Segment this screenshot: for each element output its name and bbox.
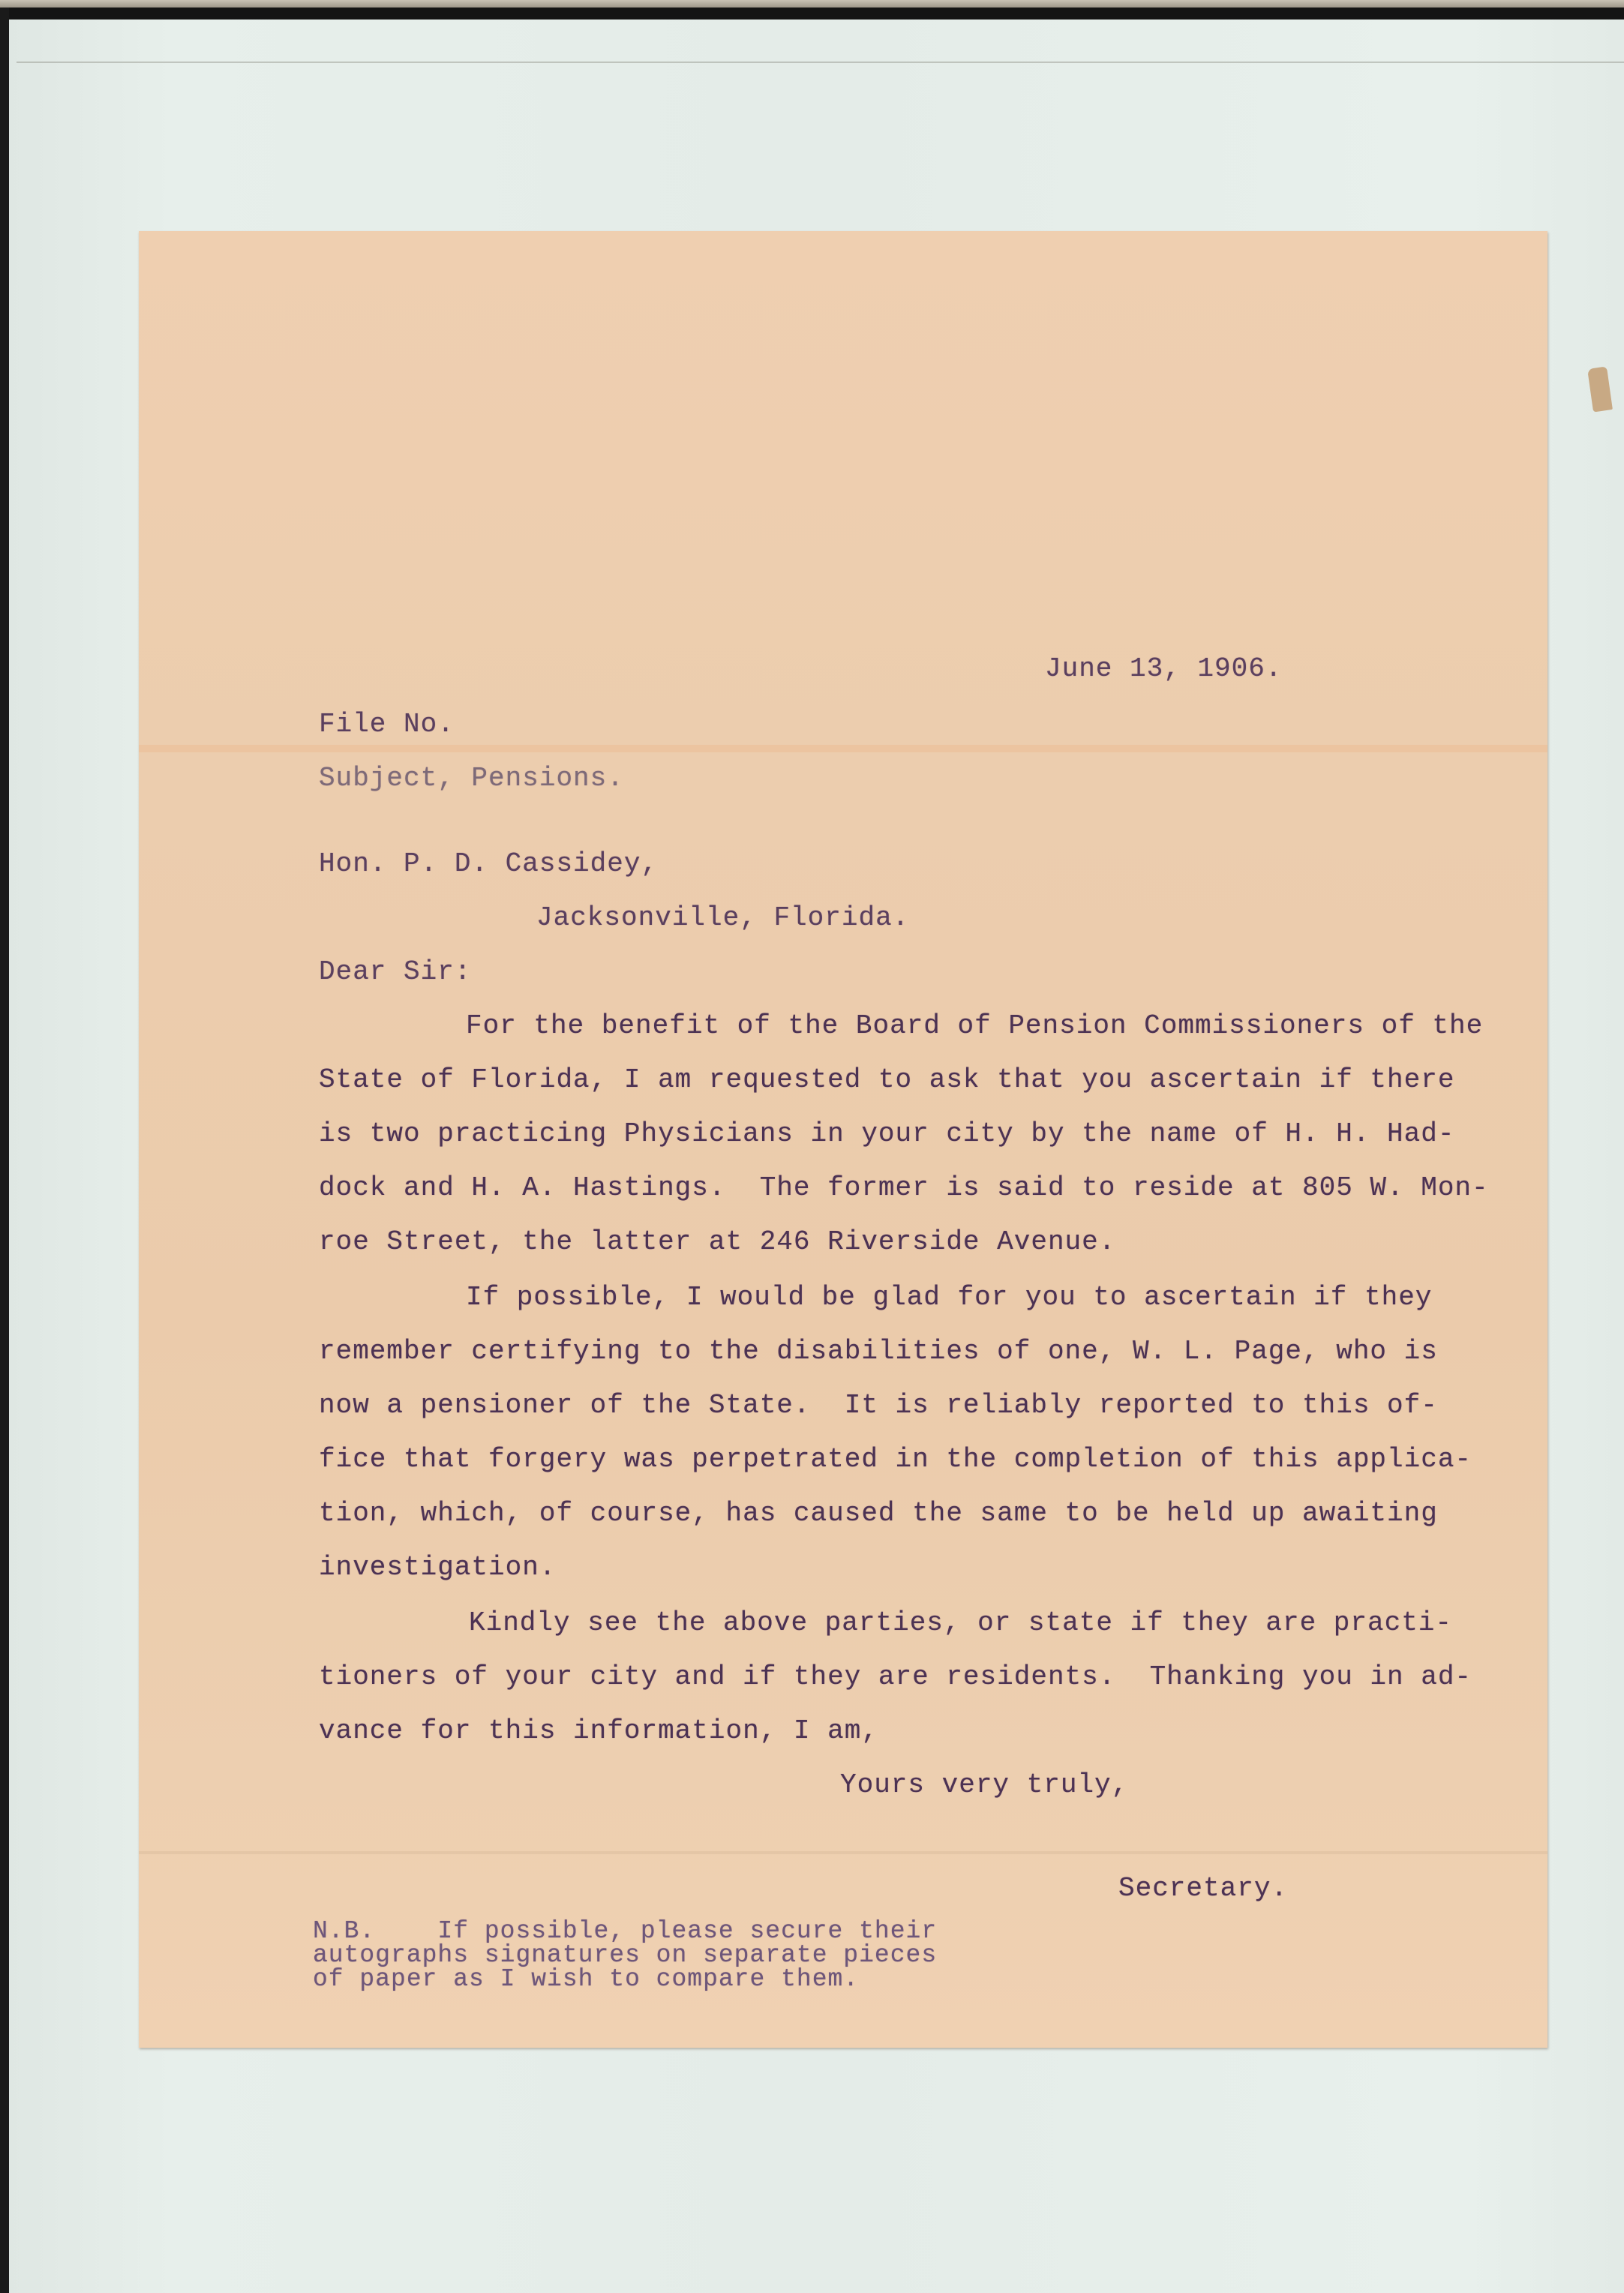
body-line: investigation. [319, 1554, 556, 1581]
body-line: vance for this information, I am, [319, 1718, 878, 1745]
body-line: dock and H. A. Hastings. The former is s… [319, 1175, 1489, 1202]
body-line: For the benefit of the Board of Pension … [466, 1013, 1483, 1040]
file-number: File No. [319, 711, 455, 738]
recipient-name: Hon. P. D. Cassidey, [319, 851, 658, 878]
body-line: roe Street, the latter at 246 Riverside … [319, 1229, 1115, 1256]
frame-edge-left [0, 8, 9, 2293]
postscript-line: N.B. If possible, please secure their [313, 1919, 937, 1943]
body-line: now a pensioner of the State. It is reli… [319, 1392, 1438, 1419]
body-line: Kindly see the above parties, or state i… [469, 1610, 1452, 1637]
subject-line: Subject, Pensions. [319, 765, 624, 792]
fold-line [139, 1851, 1547, 1854]
frame-edge-top [0, 8, 1624, 20]
letter-page: June 13, 1906. File No. Subject, Pension… [139, 231, 1547, 2048]
backing-fold-line [17, 62, 1624, 63]
fold-line [139, 745, 1547, 752]
body-line: fice that forgery was perpetrated in the… [319, 1446, 1472, 1473]
body-line: tioners of your city and if they are res… [319, 1664, 1472, 1691]
body-line: is two practicing Physicians in your cit… [319, 1121, 1454, 1148]
body-line: State of Florida, I am requested to ask … [319, 1067, 1454, 1094]
body-line: remember certifying to the disabilities … [319, 1338, 1438, 1365]
recipient-city: Jacksonville, Florida. [536, 905, 909, 932]
body-line: tion, which, of course, has caused the s… [319, 1500, 1438, 1527]
closing: Yours very truly, [840, 1772, 1128, 1799]
signature-title: Secretary. [1118, 1875, 1288, 1902]
postscript-line: autographs signatures on separate pieces [313, 1943, 937, 1967]
body-line: If possible, I would be glad for you to … [466, 1284, 1432, 1311]
postscript-line: of paper as I wish to compare them. [313, 1967, 859, 1991]
salutation: Dear Sir: [319, 959, 471, 986]
letter-date: June 13, 1906. [1045, 656, 1282, 683]
